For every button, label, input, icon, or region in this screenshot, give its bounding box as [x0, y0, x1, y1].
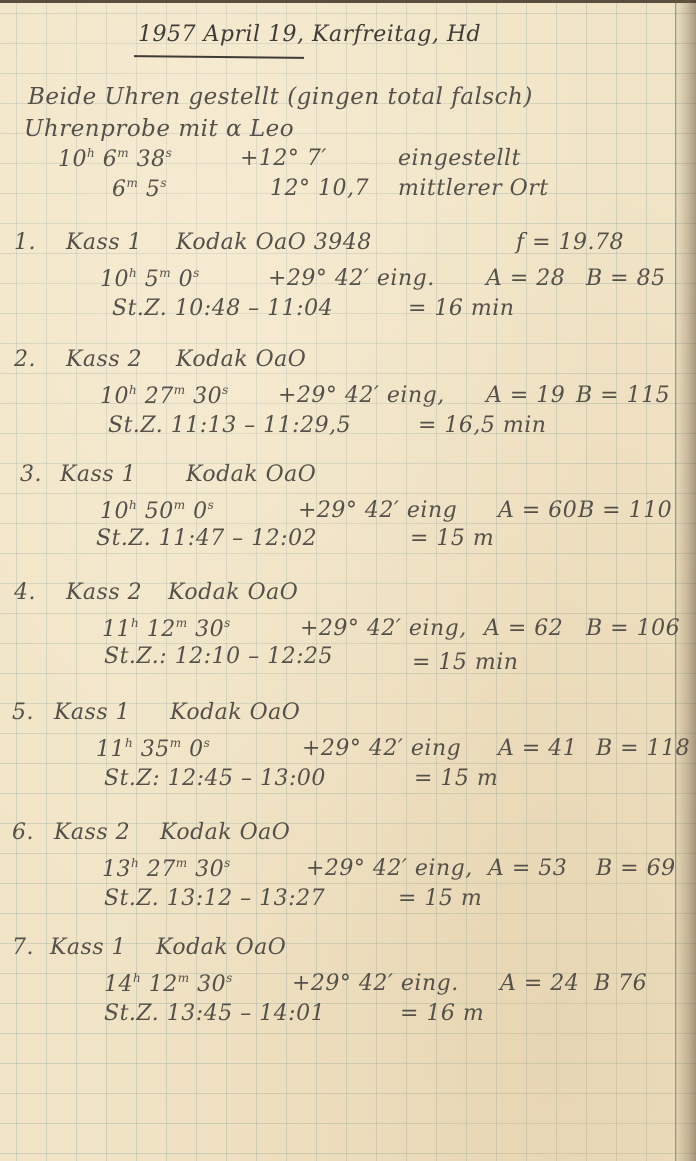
entry-dec: +29° 42′ eing [298, 498, 457, 523]
entry-b-value: B 76 [594, 971, 647, 996]
entry-b-value: B = 118 [596, 736, 690, 761]
entry-b-value: B = 110 [578, 498, 672, 523]
entry-duration: = 15 m [410, 526, 494, 551]
entry-camera: Kass 2 [66, 347, 142, 372]
entry-number: 4. [14, 580, 36, 605]
entry-film: Kodak OaO [186, 462, 316, 487]
intro-line-3-dec: +12° 7′ [240, 146, 327, 171]
entry-camera: Kass 2 [54, 820, 130, 845]
entry-ra: 14h 12m 30s [104, 971, 233, 997]
entry-a-value: A = 19 [486, 383, 565, 408]
entry-ra: 11h 35m 0s [96, 736, 210, 762]
intro-line-1: Beide Uhren gestellt (gingen total falsc… [28, 84, 533, 110]
entry-focal-note: f = 19.78 [516, 230, 624, 255]
entry-a-value: A = 28 [486, 266, 565, 291]
entry-dec: +29° 42′ eing, [306, 856, 473, 881]
entry-number: 1. [14, 230, 36, 255]
entry-a-value: A = 62 [484, 616, 563, 641]
entry-number: 3. [20, 462, 42, 487]
entry-a-value: A = 53 [488, 856, 567, 881]
entry-b-value: B = 85 [586, 266, 666, 291]
heading-day-note: Karfreitag [312, 22, 432, 47]
entry-number: 6. [12, 820, 34, 845]
entry-film: Kodak OaO [156, 935, 286, 960]
entry-star-time: St.Z.: 12:10 – 12:25 [104, 644, 333, 669]
intro-line-4-dec: 12° 10,7 [270, 176, 369, 201]
entry-ra: 11h 12m 30s [102, 616, 231, 642]
heading-initials: Hd [447, 22, 481, 47]
entry-star-time: St.Z. 11:13 – 11:29,5 [108, 413, 351, 438]
notebook-page: 1957 April 19, Karfreitag, Hd Beide Uhre… [0, 0, 696, 1161]
entry-duration: = 16 m [400, 1001, 484, 1026]
entry-number: 5. [12, 700, 34, 725]
entry-camera: Kass 1 [50, 935, 126, 960]
entry-film: Kodak OaO 3948 [176, 230, 372, 255]
heading-date: 1957 April 19 [138, 22, 297, 47]
page-top-edge [0, 0, 696, 3]
entry-ra: 10h 27m 30s [100, 383, 229, 409]
entry-duration: = 15 m [414, 766, 498, 791]
entry-b-value: B = 69 [596, 856, 676, 881]
entry-duration: = 16,5 min [418, 413, 546, 438]
entry-ra: 10h 50m 0s [100, 498, 214, 524]
entry-duration: = 16 min [408, 296, 514, 321]
entry-film: Kodak OaO [176, 347, 306, 372]
entry-dec: +29° 42′ eing [302, 736, 461, 761]
entry-star-time: St.Z. 13:45 – 14:01 [104, 1001, 325, 1026]
entry-number: 7. [12, 935, 34, 960]
entry-camera: Kass 1 [66, 230, 142, 255]
entry-dec: +29° 42′ eing, [278, 383, 445, 408]
intro-line-2: Uhrenprobe mit α Leo [24, 116, 294, 142]
entry-camera: Kass 2 [66, 580, 142, 605]
page-heading: 1957 April 19, Karfreitag, Hd [138, 22, 481, 47]
entry-b-value: B = 115 [576, 383, 670, 408]
entry-film: Kodak OaO [170, 700, 300, 725]
entry-number: 2. [14, 347, 36, 372]
entry-camera: Kass 1 [60, 462, 136, 487]
entry-dec: +29° 42′ eing. [268, 266, 435, 291]
entry-star-time: St.Z: 12:45 – 13:00 [104, 766, 326, 791]
entry-dec: +29° 42′ eing. [292, 971, 459, 996]
entry-star-time: St.Z. 13:12 – 13:27 [104, 886, 325, 911]
entry-a-value: A = 41 [498, 736, 577, 761]
entry-duration: = 15 min [412, 650, 518, 675]
heading-underline [134, 55, 304, 59]
intro-line-3: 10h 6m 38s [58, 146, 172, 172]
entry-a-value: A = 24 [500, 971, 579, 996]
entry-ra: 10h 5m 0s [100, 266, 200, 292]
binding-shadow [674, 0, 696, 1161]
entry-b-value: B = 106 [586, 616, 680, 641]
entry-a-value: A = 60 [498, 498, 577, 523]
entry-ra: 13h 27m 30s [102, 856, 231, 882]
entry-dec: +29° 42′ eing, [300, 616, 467, 641]
entry-star-time: St.Z. 10:48 – 11:04 [112, 296, 333, 321]
entry-camera: Kass 1 [54, 700, 130, 725]
entry-star-time: St.Z. 11:47 – 12:02 [96, 526, 317, 551]
entry-duration: = 15 m [398, 886, 482, 911]
intro-line-4: 6m 5s [112, 176, 167, 202]
intro-line-4-note: mittlerer Ort [398, 176, 549, 201]
entry-film: Kodak OaO [168, 580, 298, 605]
intro-line-3-note: eingestellt [398, 146, 521, 171]
entry-film: Kodak OaO [160, 820, 290, 845]
